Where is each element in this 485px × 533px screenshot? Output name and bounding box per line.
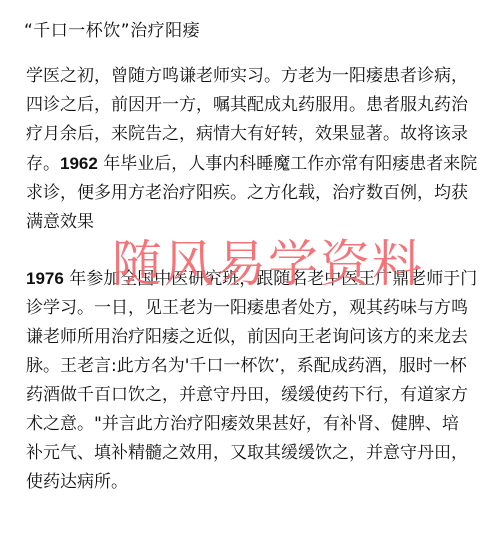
text-line: 诊学习。一日，见王老为一阳痿患者处方，观其药味与方鸣 [26,294,466,323]
text-line: 脉。王老言:此方名为'千口一杯饮’，系配成药酒，服时一杯 [26,352,466,381]
watermark: 随风易学资料 [112,236,424,292]
year-number: 1962 [60,154,98,173]
text-fragment: 存。 [26,154,60,174]
paragraph-2: 1976 年参加全国中医研究班，跟随名老中医王广鼎老师于门 诊学习。一日，见王老… [26,264,466,497]
paragraph-1: 学医之初，曾随方鸣谦老师实习。方老为一阳痿患者诊病， 四诊之后，前因开一方，嘱其… [26,62,466,237]
text-line: 谦老师所用治疗阳痿之近似，前因向王老询问该方的来龙去 [26,323,466,352]
text-line: 学医之初，曾随方鸣谦老师实习。方老为一阳痿患者诊病， [26,62,466,91]
text-line: 满意效果 [26,208,466,237]
text-line: 求诊，便多用方老治疗阳疾。之方化载，治疗数百例，均获 [26,179,466,208]
year-number: 1976 [26,269,64,288]
text-line: 补元气、填补精髓之效用，又取其缓缓饮之，并意守丹田， [26,439,466,468]
text-fragment: 年毕业后，人事内科睡魔工作亦常有阳痿患者来院 [98,154,477,174]
text-line: 疗月余后，来院告之，病情大有好转，效果显著。故将该录 [26,120,466,149]
text-line: 存。1962 年毕业后，人事内科睡魔工作亦常有阳痿患者来院 [26,149,466,179]
document-title: “千口一杯饮”治疗阳痿 [24,16,200,41]
text-line: 药酒做千百口饮之，并意守丹田，缓缓使药下行，有道家方 [26,381,466,410]
text-line: 四诊之后，前因开一方，嘱其配成丸药服用。患者服丸药治 [26,91,466,120]
text-line: 使药达病所。 [26,468,466,497]
text-line: 术之意。"并言此方治疗阳痿效果甚好，有补肾、健脾、培 [26,410,466,439]
